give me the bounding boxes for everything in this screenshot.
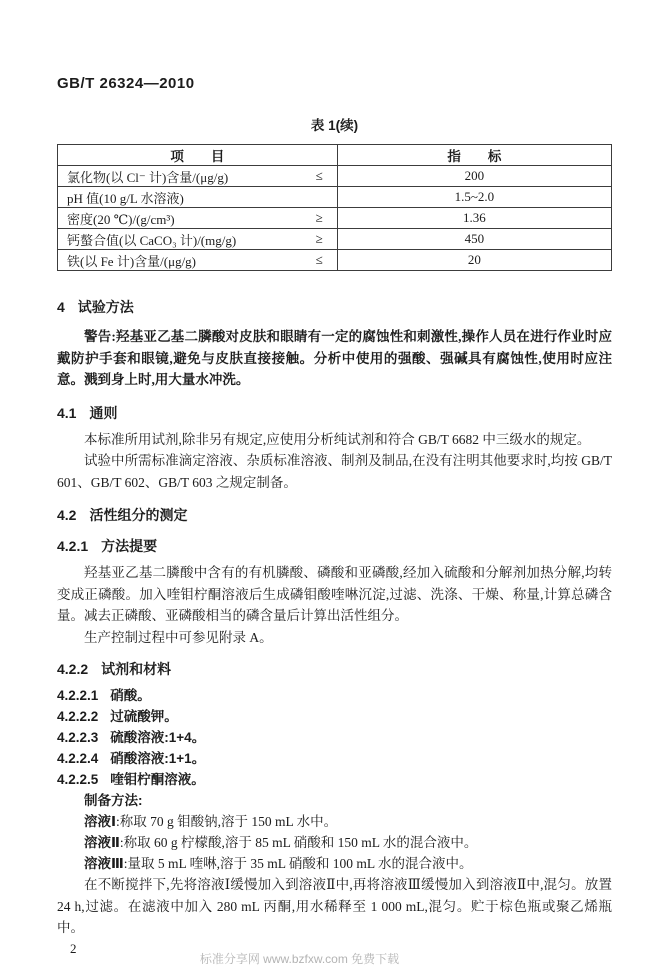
section-title: 方法提要 — [101, 538, 157, 554]
clause-item: 4.2.2.5喹钼柠酮溶液。 — [57, 769, 612, 790]
clause-number: 4.2.2.4 — [57, 751, 98, 766]
section-number: 4.2.1 — [57, 538, 88, 554]
table-row: 钙螯合值(以 CaCO₃ 计)/(mg/g) ≥ 450 — [58, 229, 612, 250]
clause-item: 4.2.2.1硝酸。 — [57, 685, 612, 706]
paragraph: 试验中所需标准滴定溶液、杂质标准溶液、制剂及制品,在没有注明其他要求时,均按 G… — [57, 450, 612, 493]
solution-line: 溶液Ⅲ:量取 5 mL 喹啉,溶于 35 mL 硝酸和 100 mL 水的混合液… — [57, 853, 612, 874]
section-heading-4-2-2: 4.2.2试剂和材料 — [57, 659, 612, 679]
spec-item-text: 密度(20 ℃)/(g/cm³) — [67, 209, 175, 228]
column-header-item: 项 目 — [58, 145, 338, 166]
paragraph: 本标准所用试剂,除非另有规定,应使用分析纯试剂和符合 GB/T 6682 中三级… — [57, 429, 612, 451]
spec-item-text: pH 值(10 g/L 水溶液) — [67, 188, 184, 207]
document-page: GB/T 26324—2010 表 1(续) 项 目 指 标 氯化物(以 Cl⁻… — [0, 0, 669, 977]
solution-line: 溶液Ⅱ:称取 60 g 柠檬酸,溶于 85 mL 硝酸和 150 mL 水的混合… — [57, 832, 612, 853]
spec-item-cell: 铁(以 Fe 计)含量/(μg/g) ≤ — [58, 250, 338, 271]
section-heading-4-2: 4.2活性组分的测定 — [57, 505, 612, 525]
relation-symbol: ≥ — [316, 231, 323, 247]
clause-item-list: 4.2.2.1硝酸。 4.2.2.2过硫酸钾。 4.2.2.3硫酸溶液:1+4。… — [57, 685, 612, 790]
paragraph: 生产控制过程中可参见附录 A。 — [57, 627, 612, 649]
column-header-spec: 指 标 — [337, 145, 611, 166]
spec-item-text: 氯化物(以 Cl⁻ 计)含量/(μg/g) — [67, 167, 228, 186]
spec-item-cell: 氯化物(以 Cl⁻ 计)含量/(μg/g) ≤ — [58, 166, 338, 187]
section-number: 4 — [57, 299, 65, 315]
preparation-label: 制备方法: — [57, 790, 612, 811]
spec-item-cell: 钙螯合值(以 CaCO₃ 计)/(mg/g) ≥ — [58, 229, 338, 250]
clause-number: 4.2.2.2 — [57, 709, 98, 724]
spec-item-text: 钙螯合值(以 CaCO₃ 计)/(mg/g) — [67, 230, 236, 249]
solution-line: 溶液Ⅰ:称取 70 g 钼酸钠,溶于 150 mL 水中。 — [57, 811, 612, 832]
section-title: 通则 — [89, 405, 117, 421]
section-heading-4: 4试验方法 — [57, 297, 612, 317]
spec-item-cell: 密度(20 ℃)/(g/cm³) ≥ — [58, 208, 338, 229]
solution-name: 溶液Ⅱ — [84, 835, 120, 850]
table-row: 氯化物(以 Cl⁻ 计)含量/(μg/g) ≤ 200 — [58, 166, 612, 187]
section-title: 试剂和材料 — [101, 661, 171, 677]
solution-text: :称取 70 g 钼酸钠,溶于 150 mL 水中。 — [116, 814, 337, 829]
warning-paragraph: 警告:羟基亚乙基二膦酸对皮肤和眼睛有一定的腐蚀性和刺激性,操作人员在进行作业时应… — [57, 326, 612, 391]
clause-item: 4.2.2.3硫酸溶液:1+4。 — [57, 727, 612, 748]
spec-item-cell: pH 值(10 g/L 水溶液) — [58, 187, 338, 208]
relation-symbol: ≤ — [316, 252, 323, 268]
solution-text: :量取 5 mL 喹啉,溶于 35 mL 硝酸和 100 mL 水的混合液中。 — [124, 856, 473, 871]
table-row: pH 值(10 g/L 水溶液) 1.5~2.0 — [58, 187, 612, 208]
relation-symbol: ≤ — [316, 168, 323, 184]
table-row: 密度(20 ℃)/(g/cm³) ≥ 1.36 — [58, 208, 612, 229]
solution-text: :称取 60 g 柠檬酸,溶于 85 mL 硝酸和 150 mL 水的混合液中。 — [120, 835, 478, 850]
clause-number: 4.2.2.1 — [57, 688, 98, 703]
relation-symbol: ≥ — [316, 210, 323, 226]
section-heading-4-2-1: 4.2.1方法提要 — [57, 536, 612, 556]
spec-value-cell: 1.36 — [337, 208, 611, 229]
clause-item: 4.2.2.2过硫酸钾。 — [57, 706, 612, 727]
section-number: 4.2 — [57, 507, 76, 523]
spec-item-text: 铁(以 Fe 计)含量/(μg/g) — [67, 251, 196, 270]
clause-text: 硝酸。 — [110, 688, 151, 703]
paragraph: 在不断搅拌下,先将溶液Ⅰ缓慢加入到溶液Ⅱ中,再将溶液Ⅲ缓慢加入到溶液Ⅱ中,混匀。… — [57, 874, 612, 939]
spec-table: 项 目 指 标 氯化物(以 Cl⁻ 计)含量/(μg/g) ≤ 200 pH 值… — [57, 144, 612, 271]
paragraph: 羟基亚乙基二膦酸中含有的有机膦酸、磷酸和亚磷酸,经加入硫酸和分解剂加热分解,均转… — [57, 562, 612, 627]
spec-value-cell: 20 — [337, 250, 611, 271]
spec-value-cell: 200 — [337, 166, 611, 187]
section-title: 活性组分的测定 — [89, 507, 187, 523]
page-content: GB/T 26324—2010 表 1(续) 项 目 指 标 氯化物(以 Cl⁻… — [0, 0, 669, 939]
spec-value-cell: 1.5~2.0 — [337, 187, 611, 208]
section-heading-4-1: 4.1通则 — [57, 403, 612, 423]
clause-text: 喹钼柠酮溶液。 — [110, 772, 205, 787]
table-header-row: 项 目 指 标 — [58, 145, 612, 166]
clause-number: 4.2.2.3 — [57, 730, 98, 745]
watermark: 标准分享网 www.bzfxw.com 免费下载 — [0, 950, 599, 967]
solution-name: 溶液Ⅲ — [84, 856, 124, 871]
clause-text: 硫酸溶液:1+4。 — [110, 730, 205, 745]
section-number: 4.2.2 — [57, 661, 88, 677]
spec-value-cell: 450 — [337, 229, 611, 250]
table-caption: 表 1(续) — [57, 114, 612, 134]
section-number: 4.1 — [57, 405, 76, 421]
table-row: 铁(以 Fe 计)含量/(μg/g) ≤ 20 — [58, 250, 612, 271]
clause-item: 4.2.2.4硝酸溶液:1+1。 — [57, 748, 612, 769]
clause-text: 硝酸溶液:1+1。 — [110, 751, 205, 766]
clause-number: 4.2.2.5 — [57, 772, 98, 787]
section-title: 试验方法 — [78, 299, 134, 315]
clause-text: 过硫酸钾。 — [110, 709, 178, 724]
solution-name: 溶液Ⅰ — [84, 814, 116, 829]
doc-number: GB/T 26324—2010 — [57, 75, 612, 92]
